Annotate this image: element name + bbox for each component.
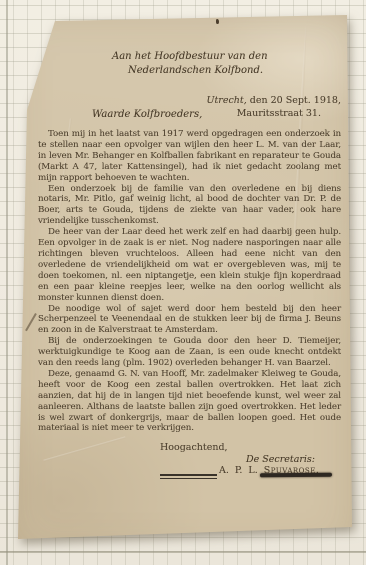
letter-body: Toen mij in het laatst van 1917 werd opg…	[38, 129, 341, 434]
date-text: den 20 Sept. 1918,	[247, 95, 341, 106]
paragraph-2: Een onderzoek bij de familie van den ove…	[38, 184, 341, 228]
recipient-block: Aan het Hoofdbestuur van den Nederlandsc…	[112, 50, 268, 78]
paragraph-5: Bij de onderzoekingen te Gouda door den …	[38, 336, 341, 369]
place-date-line: Utrecht, den 20 Sept. 1918,	[206, 94, 341, 107]
salutation: Waarde Kolfbroeders,	[92, 109, 202, 120]
closing-rule	[160, 474, 217, 479]
letter-paper: Aan het Hoofdbestuur van den Nederlandsc…	[0, 0, 366, 565]
letter-paper-wrap: Aan het Hoofdbestuur van den Nederlandsc…	[0, 0, 366, 565]
paragraph-3: De heer van der Laar deed het werk zelf …	[38, 227, 341, 303]
signature-ink-underline	[260, 473, 332, 478]
recipient-line-2: Nederlandschen Kolfbond.	[128, 64, 268, 78]
ink-speck	[216, 19, 219, 24]
signature-title: De Secretaris:	[246, 454, 315, 465]
paragraph-4: De noodige wol of sajet werd door hem be…	[38, 304, 341, 337]
photographed-letter-scene: Aan het Hoofdbestuur van den Nederlandsc…	[0, 0, 366, 565]
paper-crease-bottom	[43, 436, 125, 461]
paragraph-1: Toen mij in het laatst van 1917 werd opg…	[38, 129, 341, 184]
signature-initials: A. P. L.	[219, 465, 258, 476]
margin-tick-mark	[25, 313, 36, 331]
address-line: Mauritsstraat 31.	[206, 107, 321, 120]
place-text: Utrecht,	[206, 95, 246, 106]
dateline-block: Utrecht, den 20 Sept. 1918, Mauritsstraa…	[206, 94, 341, 120]
paragraph-6: Deze, genaamd G. N. van Hooff, Mr. zadel…	[38, 369, 341, 434]
closing: Hoogachtend,	[160, 442, 228, 453]
recipient-line-1: Aan het Hoofdbestuur van den	[112, 50, 268, 64]
